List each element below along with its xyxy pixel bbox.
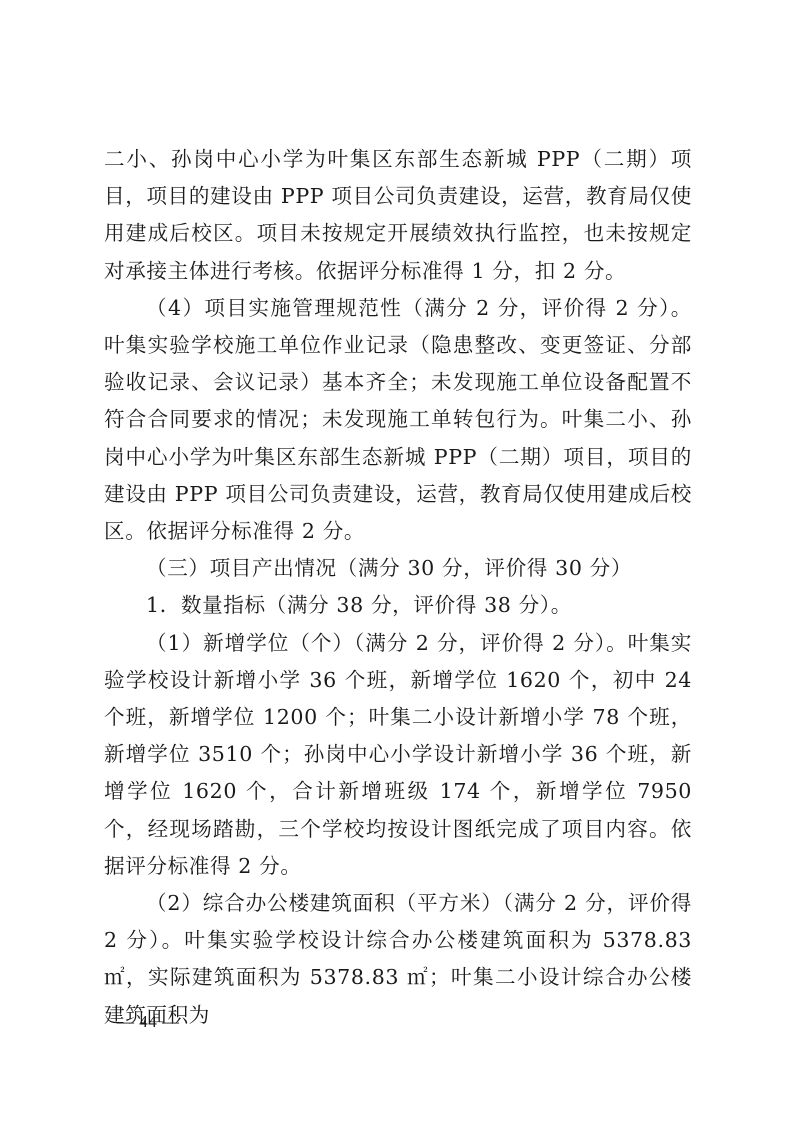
paragraph-item-2-area: （2）综合办公楼建筑面积（平方米）（满分 2 分，评价得 2 分）。叶集实验学校… [104,885,692,1034]
section-heading-output: （三）项目产出情况（满分 30 分，评价得 30 分） [104,550,692,587]
page-number: — 44 — [117,1010,180,1034]
document-body: 二小、孙岗中心小学为叶集区东部生态新城 PPP（二期）项目，项目的建设由 PPP… [104,141,692,1034]
paragraph-continuation: 二小、孙岗中心小学为叶集区东部生态新城 PPP（二期）项目，项目的建设由 PPP… [104,141,692,290]
subsection-heading-quantity: 1．数量指标（满分 38 分，评价得 38 分）。 [104,587,692,624]
paragraph-item-4-management: （4）项目实施管理规范性（满分 2 分，评价得 2 分）。叶集实验学校施工单位作… [104,290,692,550]
paragraph-item-1-seats: （1）新增学位（个）（满分 2 分，评价得 2 分）。叶集实验学校设计新增小学 … [104,625,692,885]
